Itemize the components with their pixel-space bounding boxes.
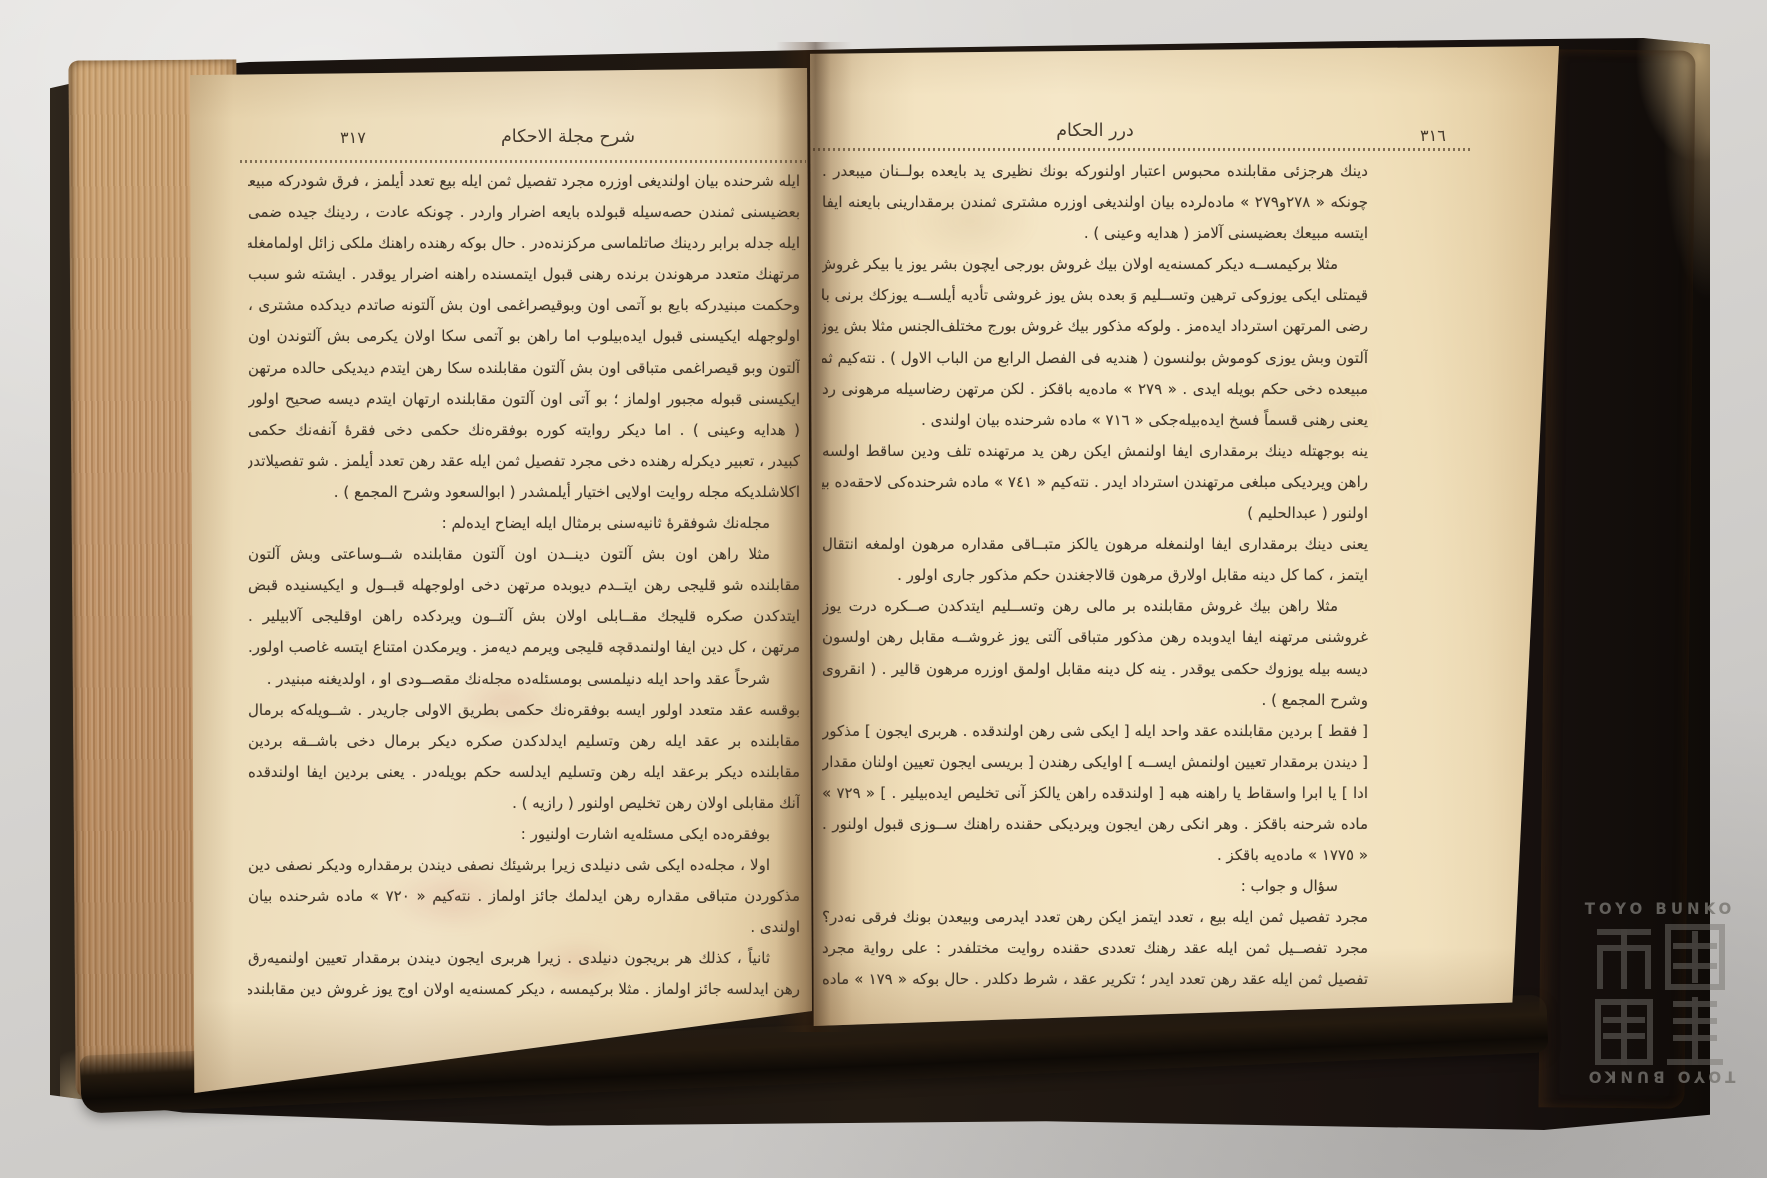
- text-line: ( هدايه وعينى ) . اما ديكر روايته كوره ب…: [248, 415, 800, 446]
- text-line: بوفقره‌ده ايكى مسئله‌يه اشارت اولنيور :: [248, 819, 800, 850]
- text-line: وشرح المجمع ) .: [822, 685, 1368, 716]
- right-page-body: دينك هرجزئى مقابلنده محبوس اعتبار اولنور…: [822, 156, 1368, 996]
- text-line: مجله‌نك شوفقرهٔ ثانيه‌سنى برمثال ايله اي…: [248, 508, 800, 539]
- text-line: راهن ويرديكى مبلغى مرتهندن استرداد ايدر …: [822, 467, 1368, 498]
- text-line: ايتمز ، كما كل دينه مقابل اولارق مرهون ق…: [822, 560, 1368, 591]
- text-line: مذكوردن متباقى مقداره رهن ايدلمك جائز او…: [248, 881, 800, 912]
- text-line: مثلا راهن بيك غروش مقابلنده بر مالى رهن …: [822, 591, 1368, 622]
- text-line: سؤال و جواب :: [822, 871, 1368, 902]
- text-line: اولنور ( عبدالحليم ): [822, 498, 1368, 529]
- text-line: رضى المرتهن استرداد ايده‌مز . ولوكه مذكو…: [822, 311, 1368, 342]
- right-fore-edge: [1538, 49, 1695, 1108]
- text-line: مجرد تفصيل ثمن ايله بيع ، تعدد ايتمز ايك…: [822, 902, 1368, 933]
- text-line: [ فقط ] بردين مقابلنده عقد واحد ايله [ ا…: [822, 716, 1368, 747]
- text-line: [ ديندن برمقدار تعيين اولنمش ايســه ] او…: [822, 747, 1368, 778]
- text-line: ثانياً ، كذلك هر بريجون دنيلدى . زيرا هر…: [248, 943, 800, 974]
- text-line: مقابلنده بر عقد ايله رهن وتسليم ايدلدكدن…: [248, 726, 800, 757]
- text-line: ديسه بيله يوزوك حكمى يوقدر . ينه كل دينه…: [822, 654, 1368, 685]
- text-line: اولندى .: [248, 912, 800, 943]
- right-page-header-title: درر الحكام: [822, 118, 1368, 144]
- text-line: ينه بوجهتله دينك برمقدارى ايفا اولنمش اي…: [822, 436, 1368, 467]
- text-line: ايكيسنى قبوله مجبور اولماز ؛ بو آتى اون …: [248, 384, 800, 415]
- left-header-rule: [240, 160, 806, 163]
- text-line: تفصيل ثمن ايله عقد رهن تعدد ايدر ؛ تكرير…: [822, 964, 1368, 995]
- right-page-number: ٣١٦: [1420, 124, 1446, 148]
- text-line: بوقسه عقد متعدد اولور ايسه بوفقره‌نك حكم…: [248, 695, 800, 726]
- text-line: ايله شرحنده بيان اولنديغى اوزره مجرد تفص…: [248, 166, 800, 197]
- text-line: آلتون وبو قيصراغمى متباقى اون بش آلتون م…: [248, 353, 800, 384]
- left-page-body: ايله شرحنده بيان اولنديغى اوزره مجرد تفص…: [248, 166, 800, 1006]
- text-line: آنك مقابلى اولان رهن تخليص اولنور ( رازي…: [248, 788, 800, 819]
- text-line: دينك هرجزئى مقابلنده محبوس اعتبار اولنور…: [822, 156, 1368, 187]
- text-line: غروشنى مرتهنه ايفا ايدوبده رهن مذكور متب…: [822, 622, 1368, 653]
- text-line: مجرد تفصــيل ثمن ايله عقد رهنك تعددى حقن…: [822, 933, 1368, 964]
- text-line: شرحاً عقد واحد ايله دنيلمسى بومسئله‌ده م…: [248, 664, 800, 695]
- text-line: مقابلنده ديكر برعقد ايله رهن وتسليم ايدل…: [248, 757, 800, 788]
- text-line: « ١٧٧٥ » ماده‌يه باقكز .: [822, 840, 1368, 871]
- text-line: چونكه « ٢٧٨و٢٧٩ » ماده‌لرده بيان اولنديغ…: [822, 187, 1368, 218]
- text-line: مرتهنك متعدد مرهوندن برنده رهنى قبول ايت…: [248, 259, 800, 290]
- text-line: ايتدكدن صكره قليجك مقــابلى اولان بش آلت…: [248, 601, 800, 632]
- text-line: اولوجهله ايكيسنى قبول ايده‌بيلوب اما راه…: [248, 321, 800, 352]
- text-line: ماده شرحنه باقكز . وهر انكى رهن ايجون وي…: [822, 809, 1368, 840]
- text-line: بعضيسنى ثمندن حصه‌سيله قبولده بايعه اضرا…: [248, 197, 800, 228]
- text-line: وحكمت مبنيدركه بايع بو آتمى اون وبوقيصرا…: [248, 290, 800, 321]
- text-line: ايله جدله برابر ردينك صاتلماسى مركزنده‌د…: [248, 228, 800, 259]
- text-line: ادا ] يا ابرا واسقاط يا راهنه هبه [ اولن…: [822, 778, 1368, 809]
- text-line: آلتون وبش يوزى كوموش بولنسون ( هنديه فى …: [822, 343, 1368, 374]
- text-line: مبيعده دخى حكم بويله ايدى . « ٢٧٩ » ماده…: [822, 374, 1368, 405]
- text-line: مثلا بركيمســه ديكر كمسنه‌يه اولان بيك غ…: [822, 249, 1368, 280]
- text-line: كبيدر ، تعبير ديكرله رهنده دخى مجرد تفصي…: [248, 446, 800, 477]
- text-line: اكلاشلديكه مجله روايت اولايى اختيار أيلم…: [248, 477, 800, 508]
- text-line: ايتسه مبيعك بعضيسنى آلامز ( هدايه وعينى …: [822, 218, 1368, 249]
- text-line: يعنى رهنى قسماً فسخ ايده‌بيله‌جكى « ٧١٦ …: [822, 405, 1368, 436]
- text-line: قيمتلى ايكى يوزوكى ترهين وتســليم وَ بعد…: [822, 280, 1368, 311]
- photo-scene: ٣١٧ شرح مجلة الاحكام ايله شرحنده بيان او…: [0, 0, 1767, 1178]
- text-line: مقابلنده شو قليجى رهن ايتــدم ديوبده مرت…: [248, 570, 800, 601]
- right-page: ٣١٦ درر الحكام دينك هرجزئى مقابلنده محبو…: [810, 46, 1562, 1026]
- text-line: يعنى دينك برمقدارى ايفا اولنمغله مرهون ي…: [822, 529, 1368, 560]
- text-line: مثلا راهن اون بش آلتون دينــدن اون آلتون…: [248, 539, 800, 570]
- right-header-rule: [808, 148, 1472, 151]
- text-line: مرتهن ، كل دين ايفا اولنمدقچه قليجى ويرم…: [248, 632, 800, 663]
- left-page: ٣١٧ شرح مجلة الاحكام ايله شرحنده بيان او…: [190, 68, 812, 1093]
- left-page-header-title: شرح مجلة الاحكام: [292, 124, 844, 150]
- text-line: رهن ايدلسه جائز اولماز . مثلا بركيمسه ، …: [248, 974, 800, 1005]
- text-line: اولا ، مجله‌ده ايكى شى دنيلدى زيرا برشيئ…: [248, 850, 800, 881]
